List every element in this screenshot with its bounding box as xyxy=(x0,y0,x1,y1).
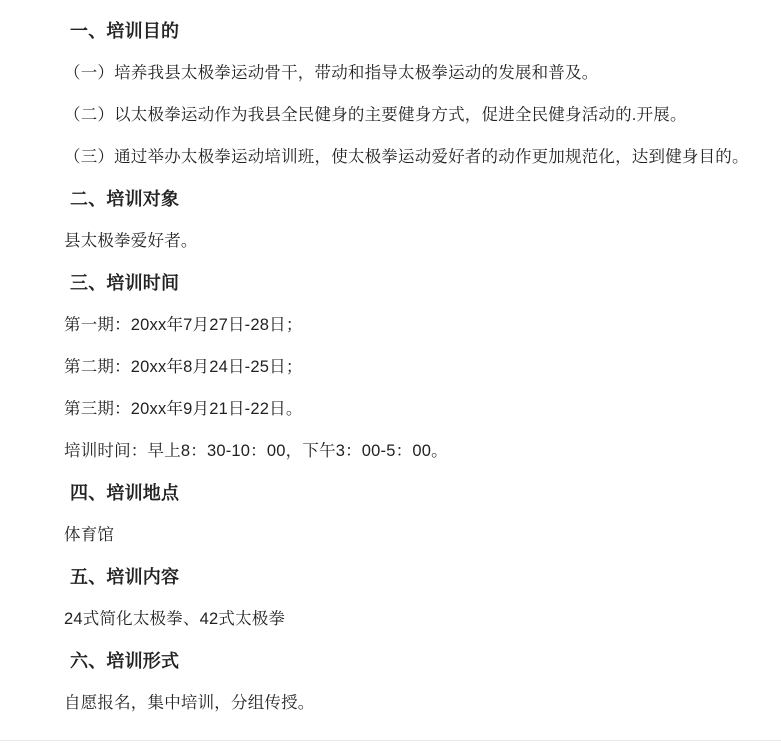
section-heading: 二、培训对象 xyxy=(64,178,761,220)
bottom-divider xyxy=(0,740,781,741)
section-heading: 六、培训形式 xyxy=(64,640,761,682)
paragraph-text: （一）培养我县太极拳运动骨干，带动和指导太极拳运动的发展和普及。 xyxy=(64,52,761,94)
paragraph-text: （二）以太极拳运动作为我县全民健身的主要健身方式，促进全民健身活动的.开展。 xyxy=(64,94,761,136)
document-content: 一、培训目的（一）培养我县太极拳运动骨干，带动和指导太极拳运动的发展和普及。（二… xyxy=(64,10,761,724)
paragraph-text: 第一期：20xx年7月27日-28日； xyxy=(64,304,761,346)
paragraph-text: 第二期：20xx年8月24日-25日； xyxy=(64,346,761,388)
section-heading: 四、培训地点 xyxy=(64,472,761,514)
paragraph-text: 培训时间：早上8：30-10：00，下午3：00-5：00。 xyxy=(64,430,761,472)
section-heading: 三、培训时间 xyxy=(64,262,761,304)
paragraph-text: （三）通过举办太极拳运动培训班，使太极拳运动爱好者的动作更加规范化，达到健身目的… xyxy=(64,136,761,178)
section-heading: 一、培训目的 xyxy=(64,10,761,52)
document-page: 一、培训目的（一）培养我县太极拳运动骨干，带动和指导太极拳运动的发展和普及。（二… xyxy=(0,0,781,741)
paragraph-text: 体育馆 xyxy=(64,514,761,556)
paragraph-text: 自愿报名，集中培训，分组传授。 xyxy=(64,682,761,724)
section-heading: 五、培训内容 xyxy=(64,556,761,598)
paragraph-text: 第三期：20xx年9月21日-22日。 xyxy=(64,388,761,430)
paragraph-text: 县太极拳爱好者。 xyxy=(64,220,761,262)
paragraph-text: 24式简化太极拳、42式太极拳 xyxy=(64,598,761,640)
